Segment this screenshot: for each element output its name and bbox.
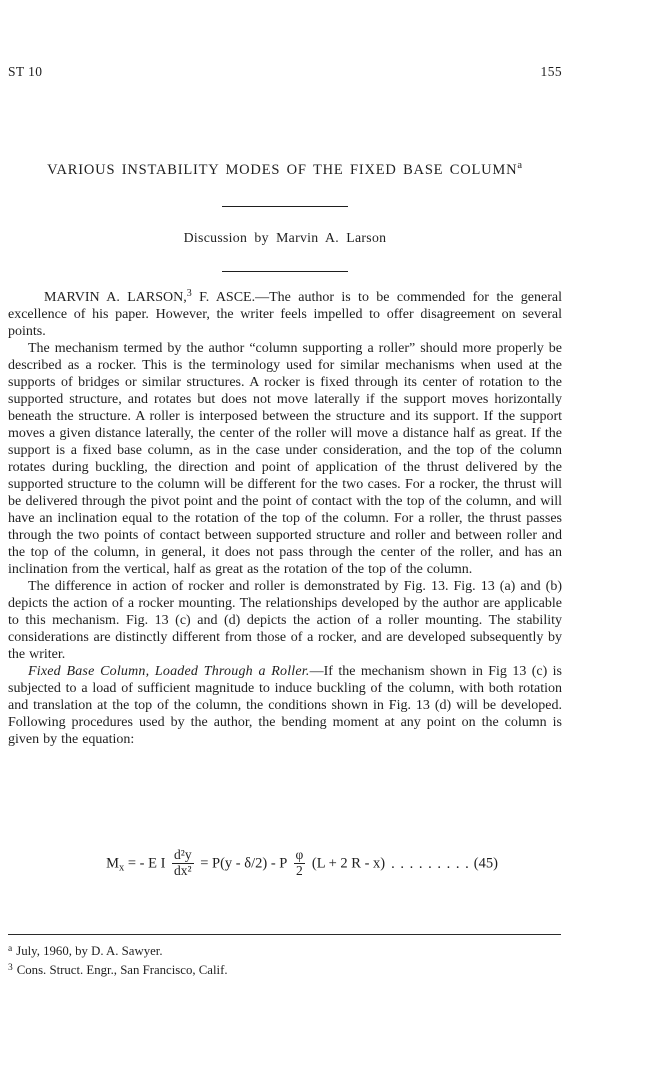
footnote-marker: 3: [8, 963, 13, 973]
paragraph: Fixed Base Column, Loaded Through a Roll…: [8, 663, 562, 748]
running-header: ST 10 155: [8, 64, 562, 80]
article-title-text: VARIOUS INSTABILITY MODES OF THE FIXED B…: [47, 162, 517, 178]
page-content: ST 10 155 VARIOUS INSTABILITY MODES OF T…: [8, 0, 562, 1083]
paragraph: MARVIN A. LARSON,3 F. ASCE.—The author i…: [8, 289, 562, 340]
equation-number: (45): [474, 856, 498, 872]
equation-fraction-derivative: d²ydx²: [172, 848, 194, 879]
scanned-paper-page: { "colors": { "ink": "#1e1e1e", "paper":…: [0, 0, 650, 1083]
footnotes: aJuly, 1960, by D. A. Sawyer.3Cons. Stru…: [8, 941, 562, 978]
article-title: VARIOUS INSTABILITY MODES OF THE FIXED B…: [0, 160, 582, 179]
equation-fraction-phi: φ2: [293, 848, 305, 879]
equation-45: Mx = - E I d²ydx² = P(y - δ/2) - P φ2 (L…: [8, 849, 562, 880]
text-run: MARVIN A. LARSON,: [44, 290, 187, 305]
equation-tail: (L + 2 R - x): [308, 856, 385, 872]
body-paragraphs: MARVIN A. LARSON,3 F. ASCE.—The author i…: [8, 289, 562, 748]
equation-operator-2: = P(y - δ/2) - P: [197, 856, 291, 872]
page-number: 155: [541, 64, 562, 80]
footnote-rule: [8, 934, 561, 935]
footnote-marker: a: [8, 944, 12, 954]
text-run: The mechanism termed by the author “colu…: [8, 341, 562, 577]
fraction-denominator: 2: [294, 863, 305, 879]
equation-operator-1: = - E I: [124, 856, 169, 872]
footnote: 3Cons. Struct. Engr., San Francisco, Cal…: [8, 960, 562, 979]
byline: Discussion by Marvin A. Larson: [8, 230, 562, 246]
journal-code: ST 10: [8, 64, 42, 80]
fraction-denominator: dx²: [172, 863, 194, 879]
text-run: The difference in action of rocker and r…: [8, 579, 562, 662]
equation-lhs: M: [106, 856, 119, 872]
paragraph: The mechanism termed by the author “colu…: [8, 340, 562, 578]
paragraph: The difference in action of rocker and r…: [8, 578, 562, 663]
fraction-numerator: d²y: [172, 848, 194, 863]
equation-leader-dots: . . . . . . . . .: [391, 856, 470, 872]
text-run: Fixed Base Column, Loaded Through a Roll…: [28, 664, 310, 679]
divider-rule-bottom: [222, 271, 348, 272]
footnote-text: Cons. Struct. Engr., San Francisco, Cali…: [17, 963, 228, 977]
footnote: aJuly, 1960, by D. A. Sawyer.: [8, 941, 562, 960]
fraction-numerator: φ: [293, 848, 305, 863]
title-footnote-marker: a: [517, 160, 522, 171]
divider-rule-top: [222, 206, 348, 207]
footnote-text: July, 1960, by D. A. Sawyer.: [16, 944, 162, 958]
